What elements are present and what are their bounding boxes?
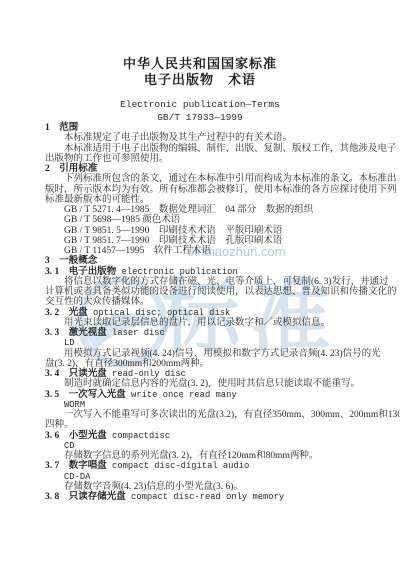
doc-line: GB / T 11457—1995 软件工程术语 [64,246,358,256]
doc-line: 制造时就确定信息内容的光盘(3. 2)，使用时其信息只能读取不能重写。 [45,379,358,389]
term-chinese: 3. 4 只读光盘 [45,369,107,379]
doc-line: 盘(3. 2)，有直径300mm和200mm两种。 [45,359,358,369]
document-header: 中华人民共和国国家标准 电子出版物 术语 Electronic publicat… [0,56,400,124]
term-chinese: 3. 6 小型光盘 [45,431,107,441]
doc-line: 用模拟方式记录视频(4. 24)信号、用模拟和数字方式记录音频(4. 23)信号… [45,349,358,359]
doc-line: WORM [64,400,358,410]
doc-line: 版时，所示版本均为有效。所有标准都会被修订，使用本标准的各方应探讨使用下列 [45,185,358,195]
term-english: write once read many [126,390,237,400]
term-heading: 3. 2 光盘 optical disc; optical disk [45,308,358,318]
term-heading: 3. 4 只读光盘 read-only disc [45,369,358,379]
doc-line: 存储数字音频(4. 23)信息的小型光盘(3. 6)。 [45,482,358,492]
doc-line: 交互性的大众传播媒体。 [45,297,358,307]
doc-line: GB / T 5698—1985 颜色术语 [64,215,358,225]
doc-line: CD-DA [64,472,358,482]
term-heading: 3. 3 激光视盘 laser disc [45,328,358,338]
doc-line: LD [64,338,358,348]
term-english: read-only disc [107,369,186,379]
doc-line: 四种。 [45,420,358,430]
term-chinese: 3. 8 只读存储光盘 [45,492,126,502]
term-english: compact disc-digital audio [107,461,250,471]
doc-line: CD [64,441,358,451]
doc-line: 用光束读取记录层信息的盘片，用以记录数字和／或模拟信息。 [45,318,358,328]
doc-line: GB / T 9851. 7—1990 印刷技术术语 孔版印刷术语 [64,236,358,246]
term-chinese: 3. 7 数字唱盘 [45,461,107,471]
doc-line: 计算机或者具备类似功能的设备进行阅读使用，以表达思想、普及知识和传播文化的 [45,287,358,297]
term-heading: 3. 1 电子出版物 electronic publication [45,267,358,277]
term-english: compact disc-read only memory [126,492,284,502]
doc-line: 本标准规定了电子出版物及其生产过程中的有关术语。 [45,133,358,143]
term-english: electronic publication [116,267,237,277]
term-chinese: 3. 3 激光视盘 [45,328,107,338]
doc-line: GB / T 5271. 4—1985 数据处理词汇 04 部分 数据的组织 [64,205,358,215]
term-chinese: 3. 1 电子出版物 [45,267,116,277]
term-heading: 3. 7 数字唱盘 compact disc-digital audio [45,461,358,471]
term-chinese: 3. 2 光盘 [45,308,88,318]
scanned-standard-page: Jinbiaozhun.com 标准 中华人民共和国国家标准 电子出版物 术语 … [0,0,400,566]
term-chinese: 3. 5 一次写入光盘 [45,390,126,400]
doc-line: 一次写入不能重写可多次读出的光盘(3.2)，有直径350mm、300mm、200… [45,410,358,420]
section-heading: 2 引用标准 [45,164,358,174]
term-heading: 3. 5 一次写入光盘 write once read many [45,390,358,400]
doc-line: 存储数字信息的系列光盘(3. 2)，有直径120mm和80mm两种。 [45,451,358,461]
term-english: laser disc [107,328,165,338]
doc-line: 出版物的工作也可参照使用。 [45,154,358,164]
section-heading: 1 范围 [45,123,358,133]
doc-line: 本标准适用于电子出版物的编辑、制作、出版、复制、版权工作，其他涉及电子 [45,144,358,154]
page-title-line2: 电子出版物 术语 [0,72,400,88]
doc-line: 下列标准所包含的条文，通过在本标准中引用而构成为本标准的条文。本标准出 [45,174,358,184]
term-english: compactdisc [107,431,170,441]
term-heading: 3. 6 小型光盘 compactdisc [45,431,358,441]
doc-line: 标准最新版本的可能性。 [45,195,358,205]
term-english: optical disc; optical disk [88,308,231,318]
subtitle-english: Electronic publication—Terms [0,99,400,111]
section-heading: 3 一般概念 [45,256,358,266]
term-heading: 3. 8 只读存储光盘 compact disc-read only memor… [45,492,358,502]
doc-line: 将信息以数字化的方式存储在磁、光、电等介质上，可复制(6. 3)发行，并通过 [45,277,358,287]
doc-line: GB / T 9851. 5—1990 印刷技术术语 平版印刷术语 [64,226,358,236]
page-title-line1: 中华人民共和国国家标准 [0,56,400,72]
document-body: 1 范围本标准规定了电子出版物及其生产过程中的有关术语。本标准适用于电子出版物的… [45,123,358,502]
